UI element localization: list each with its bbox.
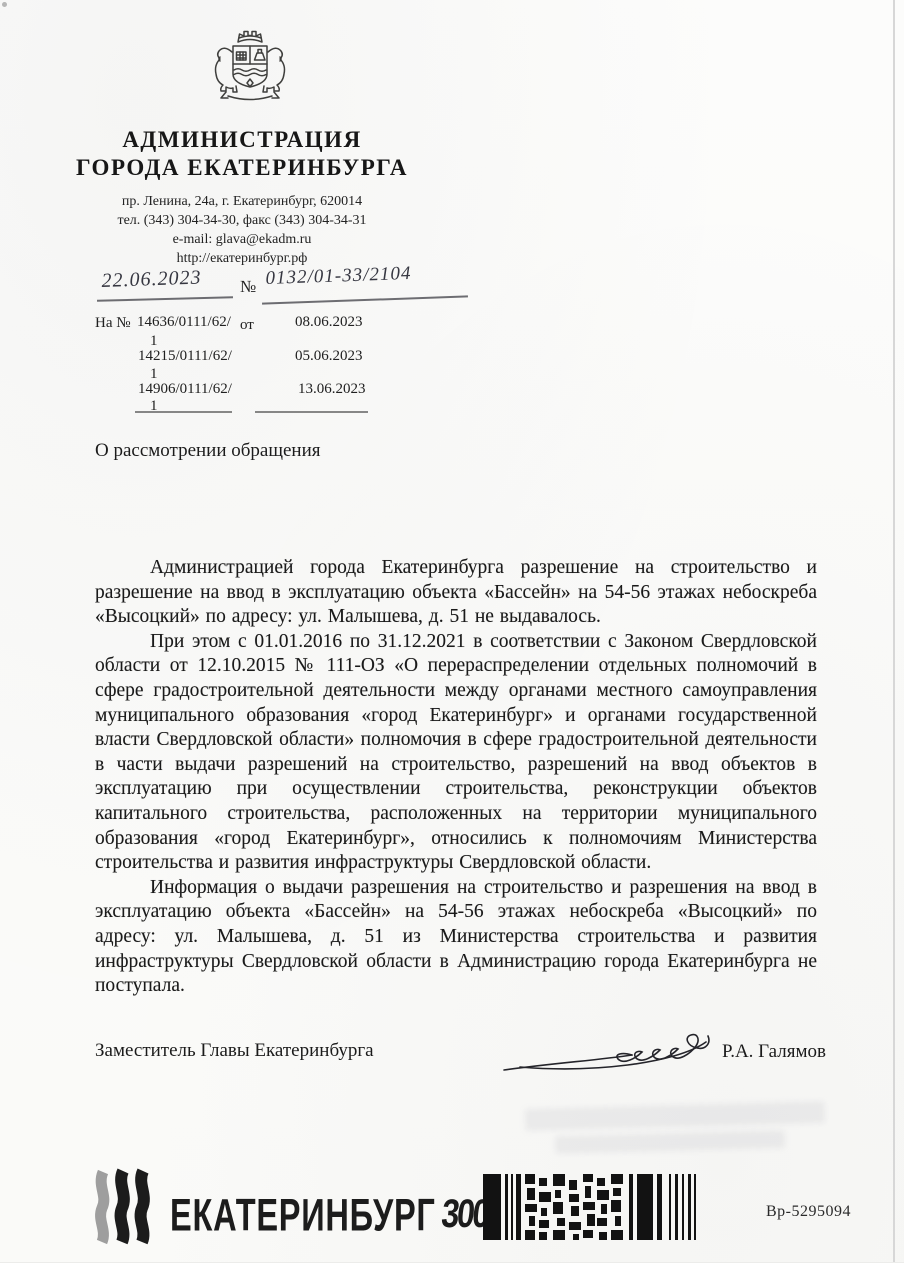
footer-logo-text: ЕКАТЕРИНБУРГ <box>170 1190 436 1242</box>
body-paragraph-3: Информация о выдачи разрешения на строит… <box>95 876 817 999</box>
barcode <box>483 1174 698 1240</box>
org-contacts: пр. Ленина, 24а, г. Екатеринбург, 620014… <box>60 192 424 268</box>
letter-body: Администрацией города Екатеринбурга разр… <box>95 556 817 999</box>
coat-of-arms-icon <box>202 26 298 110</box>
reply-to-label: На № <box>95 315 131 332</box>
handwritten-date: 22.06.2023 <box>101 267 202 293</box>
scan-edge-right <box>893 0 895 1262</box>
registration-code: Вр-5295094 <box>766 1203 851 1221</box>
number-underline <box>262 295 468 304</box>
org-email: e-mail: glava@ekadm.ru <box>60 230 424 249</box>
reference-underline-right <box>255 411 368 413</box>
ghost-stamp-mark <box>525 1101 825 1131</box>
ghost-stamp-mark <box>555 1130 785 1154</box>
from-label: от <box>240 317 254 334</box>
org-address: пр. Ленина, 24а, г. Екатеринбург, 620014 <box>60 192 424 211</box>
reference-number: 14906/0111/62/ <box>138 381 232 398</box>
org-phone-fax: тел. (343) 304-34-30, факс (343) 304-34-… <box>60 211 424 230</box>
reference-date: 05.06.2023 <box>295 348 363 365</box>
org-name-line2: ГОРОДА ЕКАТЕРИНБУРГА <box>60 154 424 182</box>
yekaterinburg-300-bars-icon <box>92 1168 158 1246</box>
subject-line: О рассмотрении обращения <box>95 440 321 462</box>
signature-icon <box>500 1020 718 1082</box>
scan-edge-bottom <box>0 1262 904 1280</box>
reference-date: 13.06.2023 <box>298 381 366 398</box>
scanned-letter-page: АДМИНИСТРАЦИЯ ГОРОДА ЕКАТЕРИНБУРГА пр. Л… <box>0 0 904 1280</box>
body-paragraph-1: Администрацией города Екатеринбурга разр… <box>95 556 817 630</box>
handwritten-number: 0132/01-33/2104 <box>265 263 412 290</box>
scan-corner-mark <box>2 2 7 7</box>
signer-position: Заместитель Главы Екатеринбурга <box>95 1040 374 1062</box>
reference-underline-left <box>135 411 232 413</box>
reference-number: 14636/0111/62/ <box>137 314 231 331</box>
body-paragraph-2: При этом с 01.01.2016 по 31.12.2021 в со… <box>95 630 817 876</box>
org-name-block: АДМИНИСТРАЦИЯ ГОРОДА ЕКАТЕРИНБУРГА <box>60 126 424 182</box>
org-name-line1: АДМИНИСТРАЦИЯ <box>60 126 424 154</box>
date-underline <box>97 296 233 302</box>
reference-date: 08.06.2023 <box>295 314 363 331</box>
signer-name: Р.А. Галямов <box>722 1041 826 1063</box>
reference-number: 14215/0111/62/ <box>138 348 232 365</box>
number-sign: № <box>240 277 256 297</box>
